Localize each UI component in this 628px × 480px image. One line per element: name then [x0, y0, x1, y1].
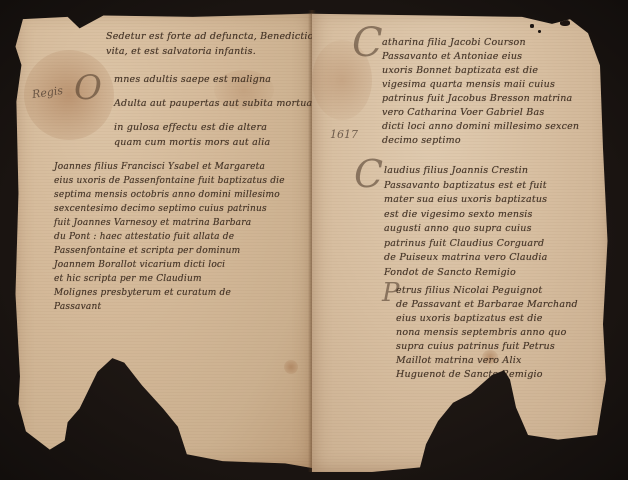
margin-year: 1617: [330, 128, 358, 141]
text-line: Sedetur est forte ad defuncta, Benedicti…: [106, 30, 314, 45]
text-line: vita, et est salvatoria infantis.: [106, 45, 314, 60]
decorated-initial: C: [352, 20, 383, 66]
text-line: dicti loci anno domini millesimo sexcen: [382, 120, 579, 134]
top-entry: Sedetur est forte ad defuncta, Benedicti…: [106, 30, 314, 59]
text-line: mnes adultis saepe est maligna: [114, 72, 312, 87]
text-line: uxoris Bonnet baptizata est die: [382, 64, 579, 78]
folio-number: 174: [580, 14, 599, 25]
text-line: Adulta aut paupertas aut subita mortua: [114, 96, 312, 111]
text-line: vigesima quarta mensis maii cuius: [382, 78, 579, 92]
text-line: augusti anno quo supra cuius: [384, 222, 547, 237]
decorated-initial: O: [74, 68, 102, 108]
text-line: laudius filius Joannis Crestin: [384, 164, 547, 179]
text-line: fuit Joannes Varnesoy et matrina Barbara: [54, 216, 285, 230]
text-line: supra cuius patrinus fuit Petrus: [396, 340, 578, 354]
text-line: patrinus fuit Jacobus Bresson matrina: [382, 92, 579, 106]
text-line: sexcentesimo decimo septimo cuius patrin…: [54, 202, 285, 216]
text-line: et hic scripta per me Claudium: [54, 272, 285, 286]
text-line: etrus filius Nicolai Peguignot: [396, 284, 578, 298]
text-line: patrinus fuit Claudius Corguard: [384, 237, 547, 252]
text-line: Joannem Borallot vicarium dicti loci: [54, 258, 285, 272]
text-line: Joannes filius Francisci Ysabel et Marga…: [54, 160, 285, 174]
right-page: 174 1617 C atharina filia Jacobi Courson…: [312, 10, 612, 472]
text-line: septima mensis octobris anno domini mill…: [54, 188, 285, 202]
text-line: Passavant: [54, 300, 285, 314]
text-line: Passavanto et Antoniae eius: [382, 50, 579, 64]
text-line: Fondot de Sancto Remigio: [384, 266, 547, 281]
decorated-initial: C: [354, 152, 383, 196]
text-line: decimo septimo: [382, 134, 579, 148]
text-line: de Puiseux matrina vero Claudia: [384, 251, 547, 266]
text-line: nona mensis septembris anno quo: [396, 326, 578, 340]
text-line: mater sua eius uxoris baptizatus: [384, 193, 547, 208]
text-line: eius uxoris de Passenfontaine fuit bapti…: [54, 174, 285, 188]
baptism-entry-catharina: atharina filia Jacobi Courson Passavanto…: [382, 36, 579, 148]
text-line: in gulosa effectu est die altera: [114, 120, 312, 135]
text-line: de Passavant et Barbarae Marchand: [396, 298, 578, 312]
text-line: atharina filia Jacobi Courson: [382, 36, 579, 50]
manuscript-photo: Regis Sedetur est forte ad defuncta, Ben…: [0, 0, 628, 480]
text-line: quam cum mortis mors aut alia: [114, 135, 312, 150]
baptism-entry: Joannes filius Francisci Ysabel et Marga…: [54, 160, 285, 314]
text-line: Passavanto baptizatus est et fuit: [384, 179, 547, 194]
text-line: eius uxoris baptizatus est die: [396, 312, 578, 326]
text-line: Maillot matrina vero Alix: [396, 354, 578, 368]
second-entry: mnes adultis saepe est maligna Adulta au…: [114, 72, 312, 150]
baptism-entry-petrus: etrus filius Nicolai Peguignot de Passav…: [396, 284, 578, 382]
baptism-entry-claudius: laudius filius Joannis Crestin Passavant…: [384, 164, 547, 280]
text-line: Passenfontaine et scripta per dominum: [54, 244, 285, 258]
text-line: du Pont : haec attestatio fuit allata de: [54, 230, 285, 244]
text-line: vero Catharina Voer Gabriel Bas: [382, 106, 579, 120]
text-line: est die vigesimo sexto mensis: [384, 208, 547, 223]
left-page: Regis Sedetur est forte ad defuncta, Ben…: [14, 10, 312, 468]
text-line: Huguenot de Sancto Remigio: [396, 368, 578, 382]
text-line: Molignes presbyterum et curatum de: [54, 286, 285, 300]
